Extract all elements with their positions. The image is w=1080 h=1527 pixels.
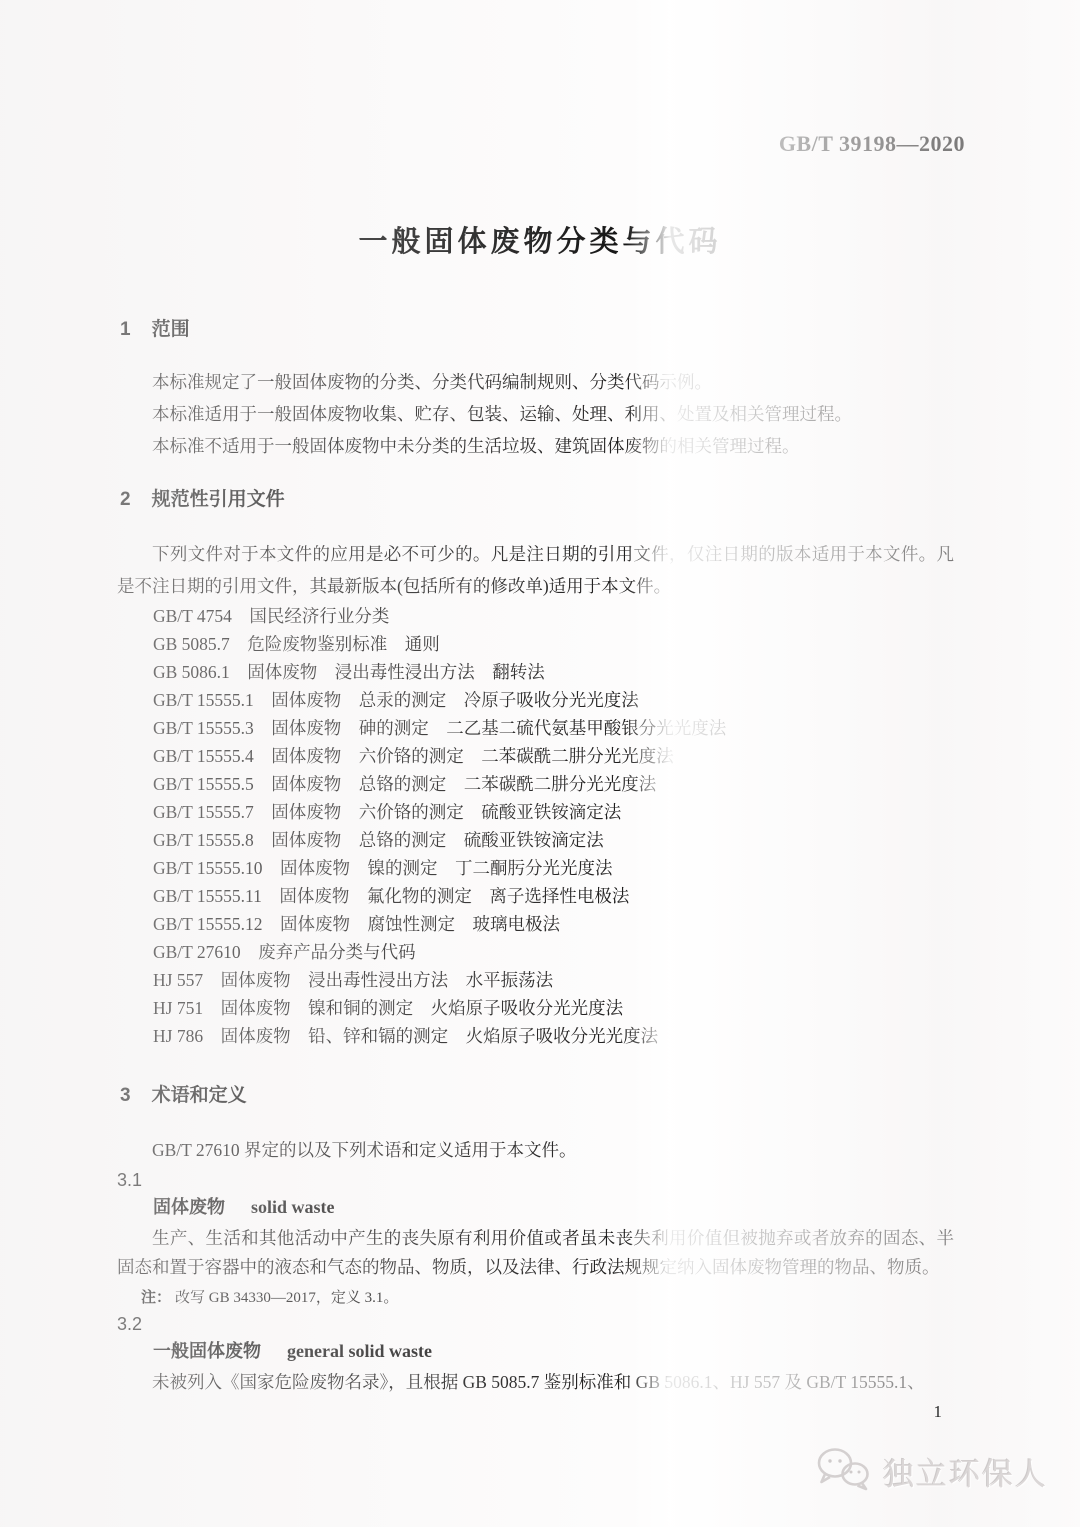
term-3-1-zh: 固体废物 [153,1197,225,1217]
section-1-heading: 1范围 [120,314,1080,341]
reference-item: GB 5086.1 固体废物 浸出毒性浸出方法 翻转法 [153,658,970,686]
reference-item: GB/T 15555.5 固体废物 总铬的测定 二苯碳酰二肼分光光度法 [153,770,970,798]
section-2-heading: 2规范性引用文件 [120,484,1080,511]
reference-item: GB/T 27610 废弃产品分类与代码 [153,938,970,966]
section-2-title: 规范性引用文件 [152,489,285,510]
normative-references-list: GB/T 4754 国民经济行业分类 GB 5085.7 危险废物鉴别标准 通则… [153,602,970,1050]
reference-item: HJ 786 固体废物 铅、锌和镉的测定 火焰原子吸收分光光度法 [153,1022,970,1050]
term-3-1-definition: 生产、生活和其他活动中产生的丧失原有利用价值或者虽未丧失利用价值但被抛弃或者放弃… [117,1224,954,1282]
terms-intro: GB/T 27610 界定的以及下列术语和定义适用于本文件。 [117,1134,954,1166]
reference-item: GB/T 4754 国民经济行业分类 [153,602,970,630]
watermark-text: 独立环保人 [883,1449,1048,1494]
reference-item: GB 5085.7 危险废物鉴别标准 通则 [153,630,970,658]
page-number: 1 [934,1402,943,1422]
section-1-number: 1 [120,319,131,340]
term-3-2-title: 一般固体废物general solid waste [153,1339,1080,1365]
note-label: 注： [141,1290,171,1306]
section-2-number: 2 [120,489,131,510]
document-title: 一般固体废物分类与代码 [0,219,1080,260]
term-3-1-title: 固体废物solid waste [153,1195,1080,1221]
term-3-1-number: 3.1 [117,1168,1080,1192]
term-3-2-number: 3.2 [117,1312,1080,1336]
references-intro: 下列文件对于本文件的应用是必不可少的。凡是注日期的引用文件，仅注日期的版本适用于… [117,538,954,602]
section-1-title: 范围 [152,319,190,340]
reference-item: GB/T 15555.10 固体废物 镍的测定 丁二酮肟分光光度法 [153,854,970,882]
term-3-1-note: 注：改写 GB 34330—2017，定义 3.1。 [141,1286,1080,1310]
reference-item: GB/T 15555.4 固体废物 六价铬的测定 二苯碳酰二肼分光光度法 [153,742,970,770]
section-3-heading: 3术语和定义 [120,1080,1080,1107]
term-3-2-zh: 一般固体废物 [153,1341,261,1361]
reference-item: GB/T 15555.12 固体废物 腐蚀性测定 玻璃电极法 [153,910,970,938]
scope-paragraph: 本标准规定了一般固体废物的分类、分类代码编制规则、分类代码示例。 [117,366,954,398]
standard-number: GB/T 39198—2020 [0,0,1080,157]
reference-item: HJ 557 固体废物 浸出毒性浸出方法 水平振荡法 [153,966,970,994]
reference-item: GB/T 15555.7 固体废物 六价铬的测定 硫酸亚铁铵滴定法 [153,798,970,826]
term-3-1-en: solid waste [251,1197,335,1217]
reference-item: GB/T 15555.1 固体废物 总汞的测定 冷原子吸收分光光度法 [153,686,970,714]
scope-paragraph: 本标准不适用于一般固体废物中未分类的生活垃圾、建筑固体废物的相关管理过程。 [117,430,954,462]
note-text: 改写 GB 34330—2017，定义 3.1。 [175,1290,398,1306]
wechat-icon [815,1445,873,1498]
reference-item: GB/T 15555.3 固体废物 砷的测定 二乙基二硫代氨基甲酸银分光光度法 [153,714,970,742]
section-3-number: 3 [120,1085,131,1106]
reference-item: GB/T 15555.8 固体废物 总铬的测定 硫酸亚铁铵滴定法 [153,826,970,854]
term-3-2-en: general solid waste [287,1341,432,1361]
section-3-title: 术语和定义 [152,1085,247,1106]
term-3-2-definition: 未被列入《国家危险废物名录》，且根据 GB 5085.7 鉴别标准和 GB 50… [117,1368,954,1397]
document-page: GB/T 39198—2020 一般固体废物分类与代码 1范围 本标准规定了一般… [0,0,1080,1527]
watermark: 独立环保人 [815,1445,1048,1498]
reference-item: GB/T 15555.11 固体废物 氟化物的测定 离子选择性电极法 [153,882,970,910]
scope-paragraph: 本标准适用于一般固体废物收集、贮存、包装、运输、处理、利用、处置及相关管理过程。 [117,398,954,430]
reference-item: HJ 751 固体废物 镍和铜的测定 火焰原子吸收分光光度法 [153,994,970,1022]
